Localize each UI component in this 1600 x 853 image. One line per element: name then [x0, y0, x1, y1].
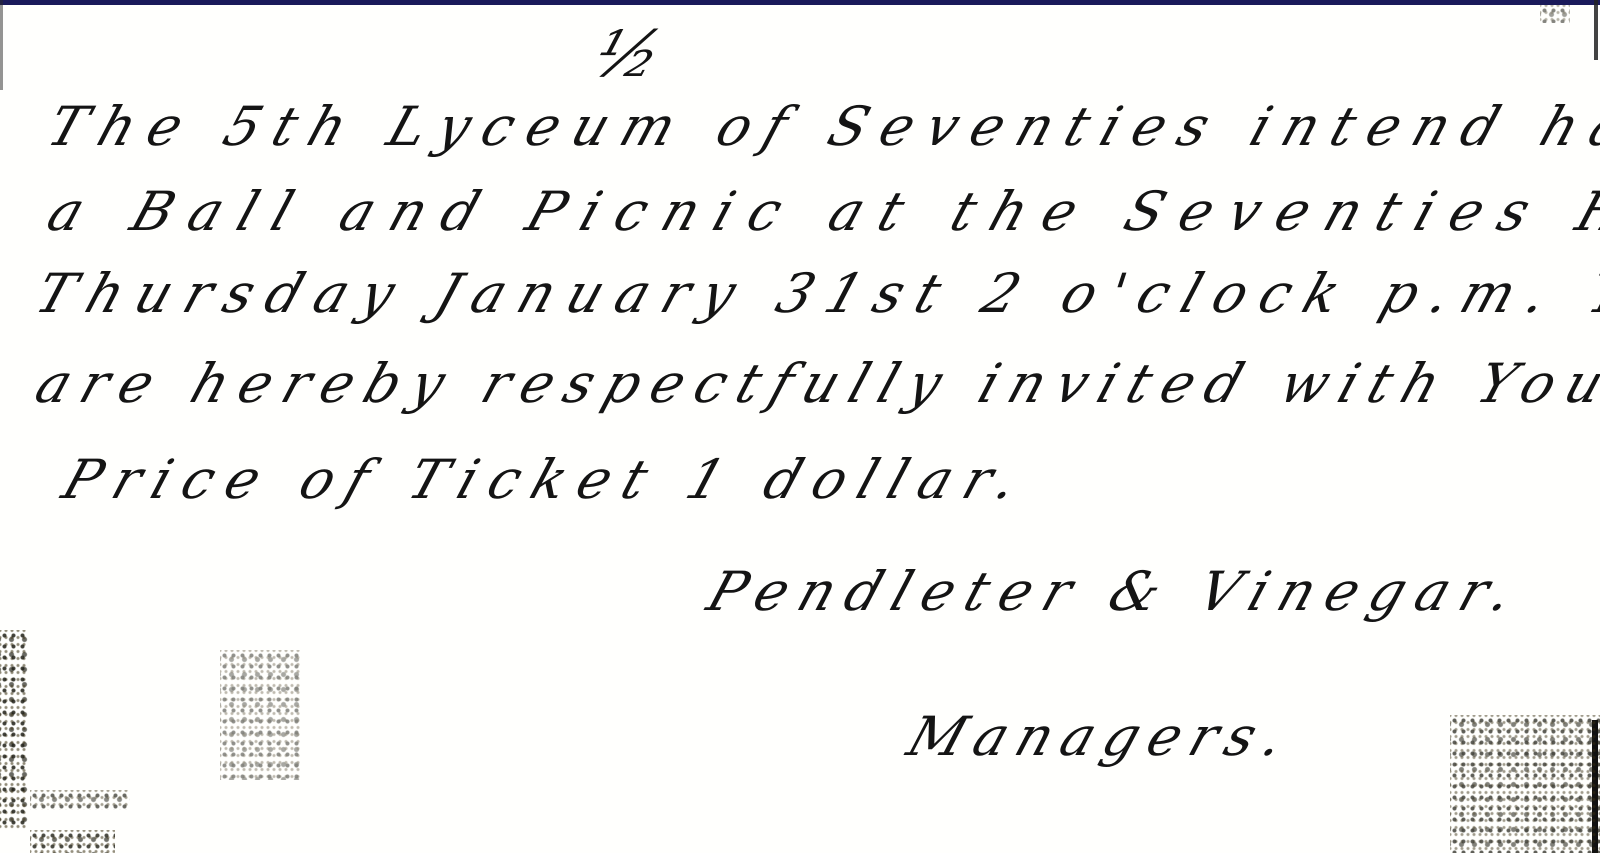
invitation-line-4: are hereby respectfully invited with You… [28, 352, 1600, 415]
invitation-line-2: a Ball and Picnic at the Seventies Hall [40, 180, 1600, 243]
paper-sheet: ½ The 5th Lyceum of Seventies intend hav… [0, 0, 1600, 853]
invitation-line-5: Price of Ticket 1 dollar. [55, 448, 1038, 511]
signature: Pendleter & Vinegar. [700, 560, 1533, 623]
stain-top-right [1540, 5, 1570, 23]
signature-title: Managers. [900, 705, 1302, 768]
right-edge-mark [1594, 0, 1598, 60]
folio-mark: ½ [585, 18, 671, 92]
left-edge-mark [0, 0, 3, 90]
top-border [0, 0, 1600, 5]
stain-bottom-left-corner [30, 830, 115, 853]
invitation-line-3: Thursday January 31st 2 o'clock p.m. You [28, 262, 1600, 325]
stain-bottom-left-edge [0, 630, 28, 830]
stain-bottom-right [1450, 715, 1600, 853]
stain-bottom-left-base [30, 790, 130, 810]
stain-bottom-left-block [220, 650, 300, 780]
invitation-line-1: The 5th Lyceum of Seventies intend havin… [40, 95, 1600, 158]
